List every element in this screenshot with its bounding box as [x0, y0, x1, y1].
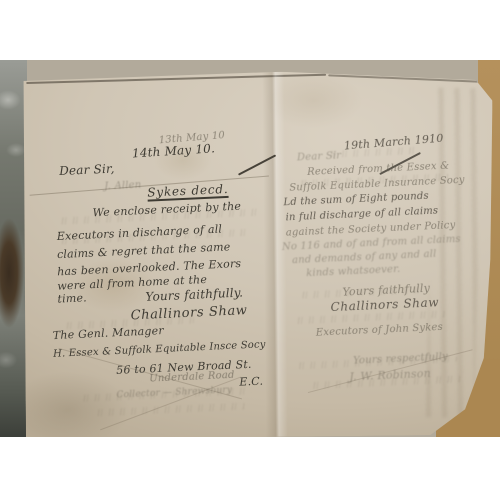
left-letter-valediction: Yours faithfully. [145, 286, 243, 302]
left-letter-salutation: Dear Sir, [59, 163, 115, 178]
left-letter-body-line: has been overlooked. The Exors [57, 258, 242, 277]
center-fold [262, 72, 288, 437]
right-letter-closing-line: J. W. Robinson [349, 368, 431, 383]
right-letter-executors-line: Executors of John Sykes [316, 323, 444, 339]
left-letter-recipient-line: E.C. [239, 376, 263, 388]
left-letter-signature: Challinors Shaw [130, 304, 247, 322]
left-letter-body-line: time. [57, 292, 87, 304]
right-letter-body-line: and demands of any and all [292, 250, 437, 267]
letter-page: 13th May 10 14th May 10. Dear Sir, J. Al… [22, 70, 496, 437]
left-letter-faint-note: Collector — Shrewsbury [116, 386, 232, 400]
left-letter-body-line: Executors in discharge of all [57, 224, 223, 242]
left-letter-heading: Sykes decd. [147, 183, 229, 202]
right-letter-body-line: kinds whatsoever. [306, 265, 401, 279]
right-letter-salutation: Dear Sir [297, 151, 342, 163]
left-letter-recipient-line: H. Essex & Suffolk Equitable Insce Socy [53, 340, 266, 360]
letter-photo: 13th May 10 14th May 10. Dear Sir, J. Al… [0, 60, 500, 437]
page-top-edge [328, 74, 478, 82]
left-letter-date: 14th May 10. [132, 142, 216, 159]
photo-frame: 13th May 10 14th May 10. Dear Sir, J. Al… [0, 0, 500, 500]
bleedthrough-scribble [96, 403, 246, 417]
left-letter-body-line: claims & regret that the same [57, 241, 231, 260]
left-letter-heading-faint: J. Allen [104, 181, 142, 193]
left-letter-recipient-line: The Genl. Manager [53, 325, 164, 341]
right-letter-body-line: Ld the sum of Eight pounds [283, 192, 429, 209]
